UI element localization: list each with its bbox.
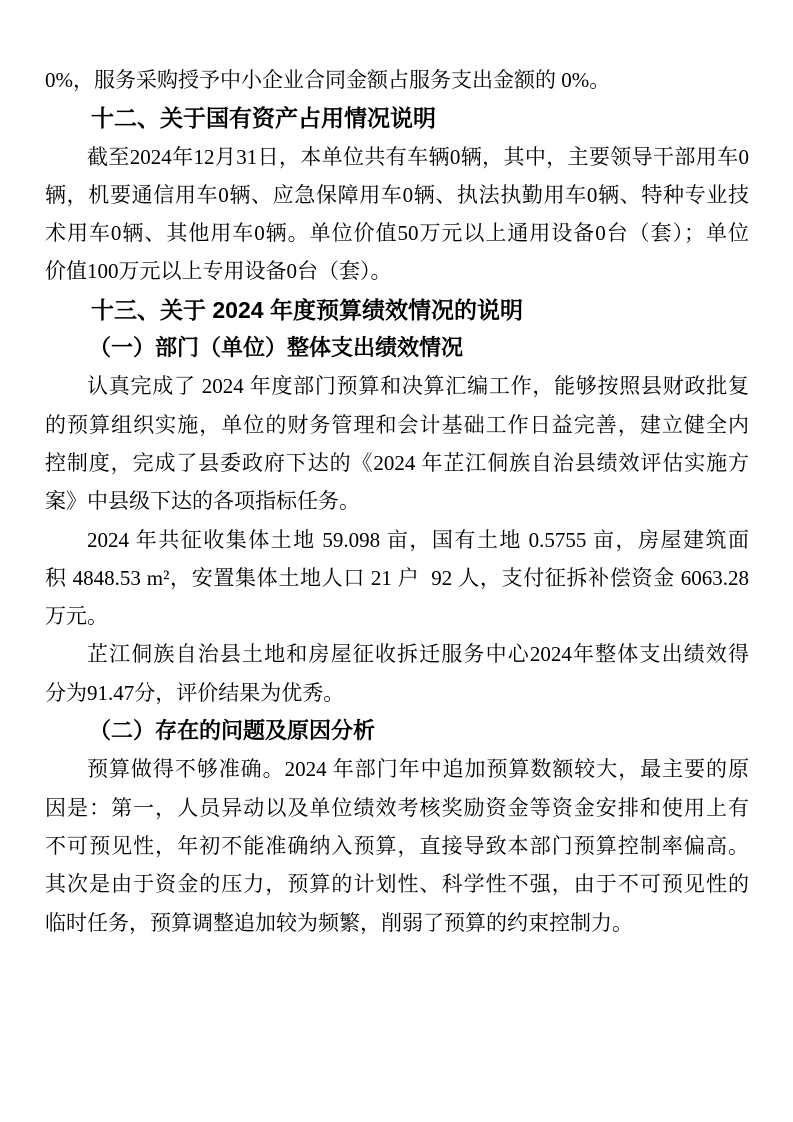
text-line: 截至2024年12月31日，本单位共有车辆0辆，其中，主要领导干部用车0 — [45, 138, 749, 176]
text-line: 万元。 — [45, 597, 749, 635]
text-line: 预算做得不够准确。2024 年部门年中追加预算数额较大，最主要的原 — [45, 750, 749, 788]
document-content: 0%，服务采购授予中小企业合同金额占服务支出金额的 0%。 十二、关于国有资产占… — [45, 61, 749, 942]
text-line: 积 4848.53 m²，安置集体土地人口 21 户 92 人，支付征拆补偿资金… — [45, 559, 749, 597]
text-line: 的预算组织实施，单位的财务管理和会计基础工作日益完善，建立健全内 — [45, 406, 749, 444]
text-line: 其次是由于资金的压力，预算的计划性、科学性不强，由于不可预见性的 — [45, 865, 749, 903]
paragraph-continuation-line: 0%，服务采购授予中小企业合同金额占服务支出金额的 0%。 — [45, 61, 749, 99]
text-line: 辆，机要通信用车0辆、应急保障用车0辆、执法执勤用车0辆、特种专业技 — [45, 176, 749, 214]
text-line: 价值100万元以上专用设备0台（套）。 — [45, 252, 749, 290]
text-line: 2024 年共征收集体土地 59.098 亩，国有土地 0.5755 亩，房屋建… — [45, 521, 749, 559]
subsection-heading-one: （一）部门（单位）整体支出绩效情况 — [45, 329, 749, 367]
text-line: 不可预见性，年初不能准确纳入预算，直接导致本部门预算控制率偏高。 — [45, 827, 749, 865]
text-line: 临时任务，预算调整追加较为频繁，削弱了预算的约束控制力。 — [45, 904, 749, 942]
text-line: 因是：第一，人员异动以及单位绩效考核奖励资金等资金安排和使用上有 — [45, 789, 749, 827]
text-line: 术用车0辆、其他用车0辆。单位价值50万元以上通用设备0台（套）；单位 — [45, 214, 749, 252]
text-line: 分为91.47分，评价结果为优秀。 — [45, 674, 749, 712]
document-page: 0%，服务采购授予中小企业合同金额占服务支出金额的 0%。 十二、关于国有资产占… — [0, 0, 793, 1122]
section-heading-thirteen: 十三、关于 2024 年度预算绩效情况的说明 — [45, 291, 749, 329]
subsection-heading-two: （二）存在的问题及原因分析 — [45, 712, 749, 750]
text-line: 认真完成了 2024 年度部门预算和决算汇编工作，能够按照县财政批复 — [45, 367, 749, 405]
text-line: 芷江侗族自治县土地和房屋征收拆迁服务中心2024年整体支出绩效得 — [45, 635, 749, 673]
text-line: 案》中县级下达的各项指标任务。 — [45, 482, 749, 520]
text-line: 控制度，完成了县委政府下达的《2024 年芷江侗族自治县绩效评估实施方 — [45, 444, 749, 482]
section-heading-twelve: 十二、关于国有资产占用情况说明 — [45, 99, 749, 137]
